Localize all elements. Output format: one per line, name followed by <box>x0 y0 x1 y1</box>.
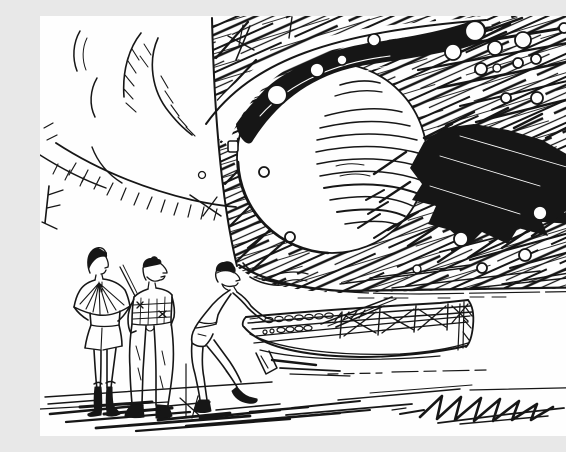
left-boot <box>88 387 102 416</box>
ridge-with-tick-hatching <box>40 143 236 220</box>
ground-hatch-strokes <box>40 382 566 431</box>
sketch-drawing <box>40 16 566 436</box>
cloud-plume-sketch <box>74 31 195 183</box>
illustration-canvas: Pen-and-ink sketch: three youngsters bes… <box>40 16 566 436</box>
plaid-shirt-pattern <box>133 297 171 325</box>
open-boat <box>243 297 486 376</box>
boat-stern <box>458 300 473 350</box>
hair <box>143 256 162 268</box>
figure-left-hands-on-hips <box>74 248 130 417</box>
shadow-scribble-bottom-right <box>392 396 564 424</box>
figure-middle-looking-up <box>120 256 174 418</box>
front-foot <box>232 387 257 403</box>
